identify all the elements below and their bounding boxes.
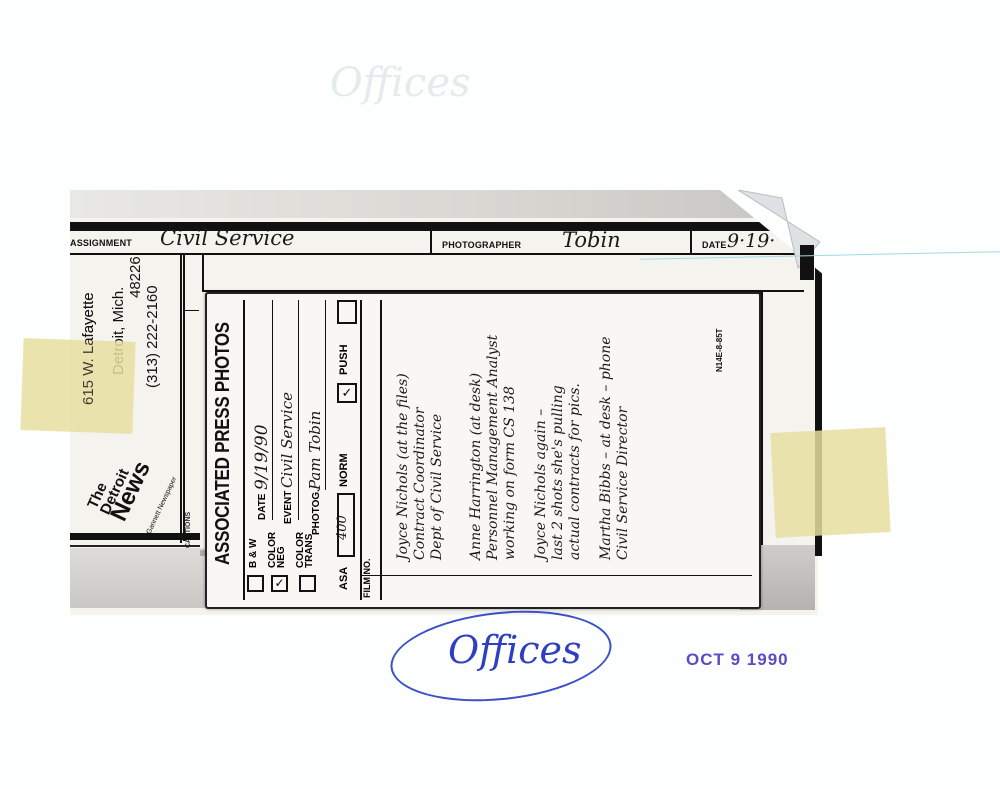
slip-date-value: 9/19/90 (252, 424, 272, 490)
note-3-line-3: actual contracts for pics. (567, 335, 584, 560)
slip-bottom-rule (362, 575, 752, 576)
envelope-top-strip (70, 190, 770, 218)
bw-label: B & W (248, 539, 259, 568)
bottom-rule-thin (70, 545, 200, 547)
photog-underline (325, 300, 326, 490)
bottom-rule (70, 533, 200, 540)
note-1-line-3: Dept of Civil Service (429, 335, 446, 560)
push-checkbox[interactable] (337, 300, 357, 324)
masking-tape-left (20, 338, 135, 434)
note-2-line-2: Personnel Management Analyst (485, 335, 502, 560)
handwritten-notes: Joyce Nichols (at the files) Contract Co… (395, 335, 632, 560)
slip-date-label: DATE (257, 494, 268, 520)
ap-slip-title: ASSOCIATED PRESS PHOTOS (212, 322, 235, 565)
form-code: N14E-8-85T (715, 328, 724, 372)
envelope-inner-frame (202, 253, 804, 292)
panel-tick (183, 310, 199, 311)
received-date-stamp: OCT 9 1990 (686, 650, 789, 670)
note-3-line-1: Joyce Nichols again – (533, 335, 550, 560)
note-1-line-2: Contract Coordinator (412, 335, 429, 560)
asa-value: 400 (335, 515, 350, 540)
film-no-label: FILM NO. (363, 558, 372, 598)
note-4-line-1: Martha Bibbs – at desk – phone (598, 335, 615, 560)
slip-event-value: Civil Service (278, 392, 296, 488)
push-label: PUSH (338, 344, 350, 375)
address-line-1-through-tape: 615 W. Lafayette (80, 292, 97, 405)
slip-photog-value: Pam Tobin (306, 411, 324, 490)
note-3-line-2: last 2 shots she's pulling (550, 335, 567, 560)
color-trans-checkbox[interactable] (299, 575, 316, 592)
color-neg-checkbox[interactable]: ✓ (271, 575, 288, 592)
slip-rule (360, 300, 362, 600)
masking-tape-right (770, 427, 890, 538)
norm-label: NORM (338, 453, 350, 487)
event-underline (298, 300, 299, 520)
panel-divider (183, 253, 185, 541)
phone-number: (313) 222-2160 (144, 285, 161, 388)
slip-photog-label: PHOTOG. (311, 489, 322, 535)
date-underline (272, 300, 273, 520)
slip-event-label: EVENT (283, 491, 294, 524)
handwritten-category: Offices (448, 628, 582, 672)
folded-corner (720, 190, 830, 280)
captions-label: CAPTIONS (185, 512, 192, 548)
faint-bleedthrough-writing: Offices (330, 60, 471, 106)
slip-rule (380, 300, 382, 600)
slip-rule (243, 300, 245, 600)
note-4-line-2: Civil Service Director (615, 335, 632, 560)
note-1-line-1: Joyce Nichols (at the files) (395, 335, 412, 560)
note-2-line-1: Anne Harrington (at desk) (468, 335, 485, 560)
note-2-line-3: working on form CS 138 (502, 335, 519, 560)
asa-label: ASA (338, 567, 350, 590)
bw-checkbox[interactable] (247, 575, 264, 592)
norm-checkbox[interactable]: ✓ (337, 383, 357, 403)
color-neg-label: COLOR NEG (268, 518, 286, 568)
shadow-smudge (70, 548, 205, 608)
address-line-3: 48226 (127, 256, 144, 298)
